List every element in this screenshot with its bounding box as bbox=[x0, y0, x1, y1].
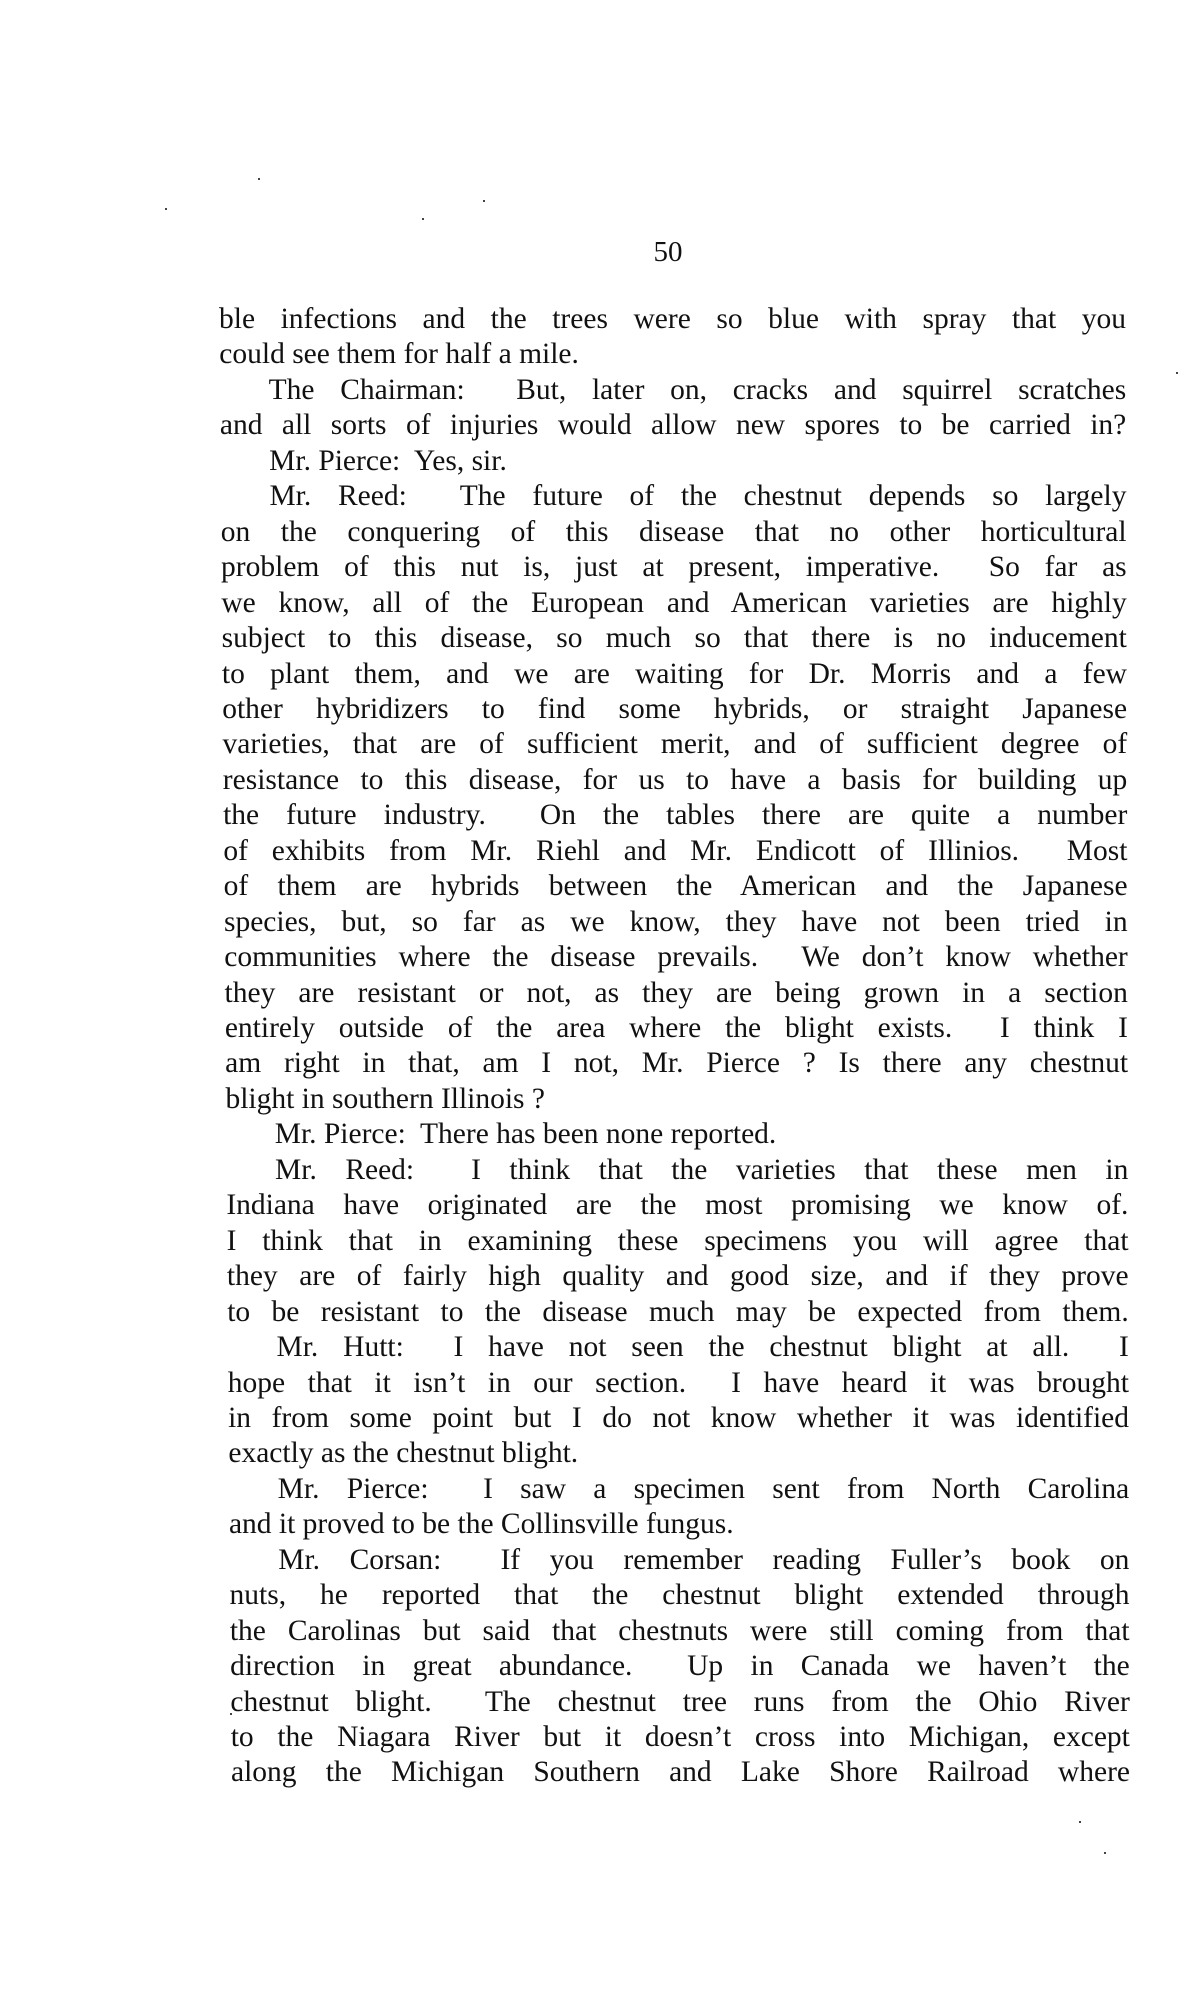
text-line: ble infections and the trees were so blu… bbox=[219, 301, 1126, 337]
text-line: they are of fairly high quality and good… bbox=[227, 1258, 1129, 1294]
scan-speck bbox=[258, 178, 260, 180]
text-line: could see them for half a mile. bbox=[219, 336, 1126, 372]
text-line: we know, all of the European and America… bbox=[221, 585, 1126, 621]
text-line: blight in southern Illinois ? bbox=[225, 1081, 1128, 1117]
text-line: I think that in examining these specimen… bbox=[227, 1223, 1129, 1259]
paragraph-first-line: Mr. Corsan: If you remember reading Full… bbox=[278, 1542, 1129, 1578]
text-line: on the conquering of this disease that n… bbox=[221, 514, 1127, 550]
paragraph-first-line: Mr. Pierce: I saw a specimen sent from N… bbox=[278, 1471, 1130, 1507]
text-line: other hybridizers to find some hybrids, … bbox=[222, 691, 1127, 727]
text-line: to be resistant to the disease much may … bbox=[227, 1294, 1129, 1330]
text-line: hope that it isn’t in our section. I hav… bbox=[228, 1365, 1129, 1401]
paragraph-first-line: Mr. Reed: I think that the varieties tha… bbox=[275, 1152, 1128, 1188]
text-line: to the Niagara River but it doesn’t cros… bbox=[231, 1719, 1130, 1755]
text-line: varieties, that are of sufficient merit,… bbox=[223, 726, 1128, 762]
text-line: chestnut blight. The chestnut tree runs … bbox=[230, 1684, 1129, 1720]
text-line: the Carolinas but said that chestnuts we… bbox=[230, 1613, 1130, 1649]
text-line: to plant them, and we are waiting for Dr… bbox=[222, 656, 1127, 692]
text-line: nuts, he reported that the chestnut blig… bbox=[230, 1577, 1130, 1613]
document-page: 50 ble infections and the trees were so … bbox=[0, 0, 1201, 1994]
text-line: of exhibits from Mr. Riehl and Mr. Endic… bbox=[223, 833, 1127, 869]
text-line: am right in that, am I not, Mr. Pierce ?… bbox=[225, 1045, 1128, 1081]
page-number: 50 bbox=[640, 236, 696, 268]
text-line: communities where the disease prevails. … bbox=[224, 939, 1127, 975]
text-line: and it proved to be the Collinsville fun… bbox=[229, 1506, 1129, 1542]
text-line: exactly as the chestnut blight. bbox=[228, 1435, 1129, 1471]
paragraph-first-line: The Chairman: But, later on, cracks and … bbox=[269, 372, 1127, 408]
scan-speck bbox=[422, 218, 424, 220]
text-line: resistance to this disease, for us to ha… bbox=[223, 762, 1127, 798]
text-line: and all sorts of injuries would allow ne… bbox=[220, 407, 1126, 443]
scan-speck bbox=[483, 200, 485, 202]
paragraph-first-line: Mr. Pierce: Yes, sir. bbox=[269, 443, 1126, 479]
scan-speck bbox=[1104, 1852, 1106, 1854]
paragraph-first-line: Mr. Pierce: There has been none reported… bbox=[275, 1116, 1129, 1152]
text-line: direction in great abundance. Up in Cana… bbox=[230, 1648, 1130, 1684]
text-line: they are resistant or not, as they are b… bbox=[225, 975, 1128, 1011]
text-line: entirely outside of the area where the b… bbox=[225, 1010, 1128, 1046]
text-line: of them are hybrids between the American… bbox=[224, 868, 1128, 904]
text-line: the future industry. On the tables there… bbox=[223, 797, 1127, 833]
scan-speck bbox=[1079, 1821, 1081, 1823]
scan-speck bbox=[1176, 372, 1178, 374]
paragraph-first-line: Mr. Reed: The future of the chestnut dep… bbox=[269, 478, 1126, 514]
text-line: species, but, so far as we know, they ha… bbox=[224, 904, 1128, 940]
text-line: subject to this disease, so much so that… bbox=[222, 620, 1127, 656]
text-line: along the Michigan Southern and Lake Sho… bbox=[231, 1754, 1130, 1790]
scan-speck bbox=[230, 1713, 232, 1715]
paragraph-first-line: Mr. Hutt: I have not seen the chestnut b… bbox=[276, 1329, 1128, 1365]
text-line: in from some point but I do not know whe… bbox=[228, 1400, 1129, 1436]
scan-speck bbox=[165, 208, 167, 210]
text-line: Indiana have originated are the most pro… bbox=[226, 1187, 1128, 1223]
text-line: problem of this nut is, just at present,… bbox=[221, 549, 1127, 585]
